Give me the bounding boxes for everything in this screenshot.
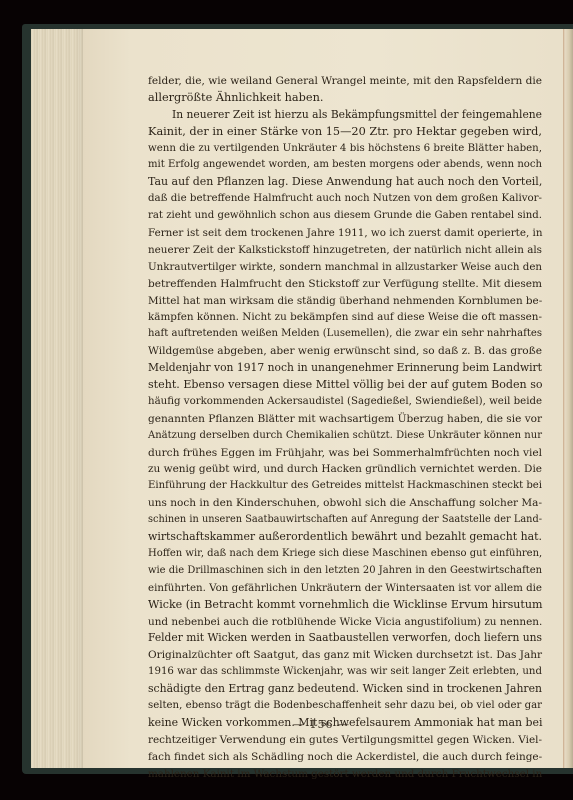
text-line: selten, ebenso trägt die Bodenbeschaffen…	[148, 698, 542, 715]
text-line: betreffenden Halmfrucht den Stickstoff z…	[148, 276, 542, 293]
text-line: Originalzüchter oft Saatgut, das ganz mi…	[148, 647, 542, 664]
text-line: Anätzung derselben durch Chemikalien sch…	[148, 428, 542, 445]
text-line: allergrößte Ähnlichkeit haben.	[148, 90, 542, 107]
page-number: — 156 —	[0, 718, 573, 731]
text-line: daß die betreffende Halmfrucht auch noch…	[148, 191, 542, 208]
text-line: und nebenbei auch die rotblühende Wicke …	[148, 614, 542, 631]
text-line: mit Erfolg angewendet worden, am besten …	[148, 157, 542, 174]
text-line: 1916 war das schlimmste Wickenjahr, was …	[148, 664, 542, 681]
text-line: zu wenig geübt wird, und durch Hacken gr…	[148, 461, 542, 478]
text-line: Hoffen wir, daß nach dem Kriege sich die…	[148, 546, 542, 563]
page-edges-stack	[31, 29, 83, 768]
text-line: mahlenen Kainit im Wachstum gestört werd…	[148, 766, 542, 783]
body-text: felder, die, wie weiland General Wrangel…	[148, 73, 542, 782]
text-line: Wildgemüse abgeben, aber wenig erwünscht…	[148, 343, 542, 360]
text-line: häufig vorkommenden Ackersaudistel (Sage…	[148, 394, 542, 411]
text-line: felder, die, wie weiland General Wrangel…	[148, 73, 542, 90]
text-line: fach findet sich als Schädling noch die …	[148, 749, 542, 766]
text-line: einführten. Von gefährlichen Unkräutern …	[148, 580, 542, 597]
text-line: genannten Pflanzen Blätter mit wachsarti…	[148, 411, 542, 428]
text-line: schinen in unseren Saatbauwirtschaften a…	[148, 512, 542, 529]
text-line: Tau auf den Pflanzen lag. Diese Anwendun…	[148, 174, 542, 191]
text-line: steht. Ebenso versagen diese Mittel völl…	[148, 377, 542, 394]
text-line: Ferner ist seit dem trockenen Jahre 1911…	[148, 225, 542, 242]
text-line: Einführung der Hackkultur des Getreides …	[148, 478, 542, 495]
text-line: wirtschaftskammer außerordentlich bewähr…	[148, 529, 542, 546]
text-line: durch frühes Eggen im Frühjahr, was bei …	[148, 445, 542, 462]
page-right-edge	[563, 29, 573, 768]
text-line: kämpfen können. Nicht zu bekämpfen sind …	[148, 309, 542, 326]
text-line: uns noch in den Kinderschuhen, obwohl si…	[148, 495, 542, 512]
text-line: Wicke (in Betracht kommt vornehmlich die…	[148, 597, 542, 614]
text-line: Mittel hat man wirksam die ständig überh…	[148, 293, 542, 310]
text-line: wie die Drillmaschinen sich in den letzt…	[148, 563, 542, 580]
text-line: Unkrautvertilger wirkte, sondern manchma…	[148, 259, 542, 276]
text-line: Meldenjahr von 1917 noch in unangenehmer…	[148, 360, 542, 377]
text-line: rechtzeitiger Verwendung ein gutes Verti…	[148, 732, 542, 749]
text-line: schädigte den Ertrag ganz bedeutend. Wic…	[148, 681, 542, 698]
text-line: wenn die zu vertilgenden Unkräuter 4 bis…	[148, 141, 542, 158]
text-line: Felder mit Wicken werden in Saatbaustell…	[148, 630, 542, 647]
text-line: Kainit, der in einer Stärke von 15—20 Zt…	[148, 124, 542, 141]
text-line: In neuerer Zeit ist hierzu als Bekämpfun…	[148, 107, 542, 124]
text-line: rat zieht und gewöhnlich schon aus diese…	[148, 208, 542, 225]
text-line: neuerer Zeit der Kalkstickstoff hinzuget…	[148, 242, 542, 259]
text-line: haft auftretenden weißen Melden (Lusemel…	[148, 326, 542, 343]
